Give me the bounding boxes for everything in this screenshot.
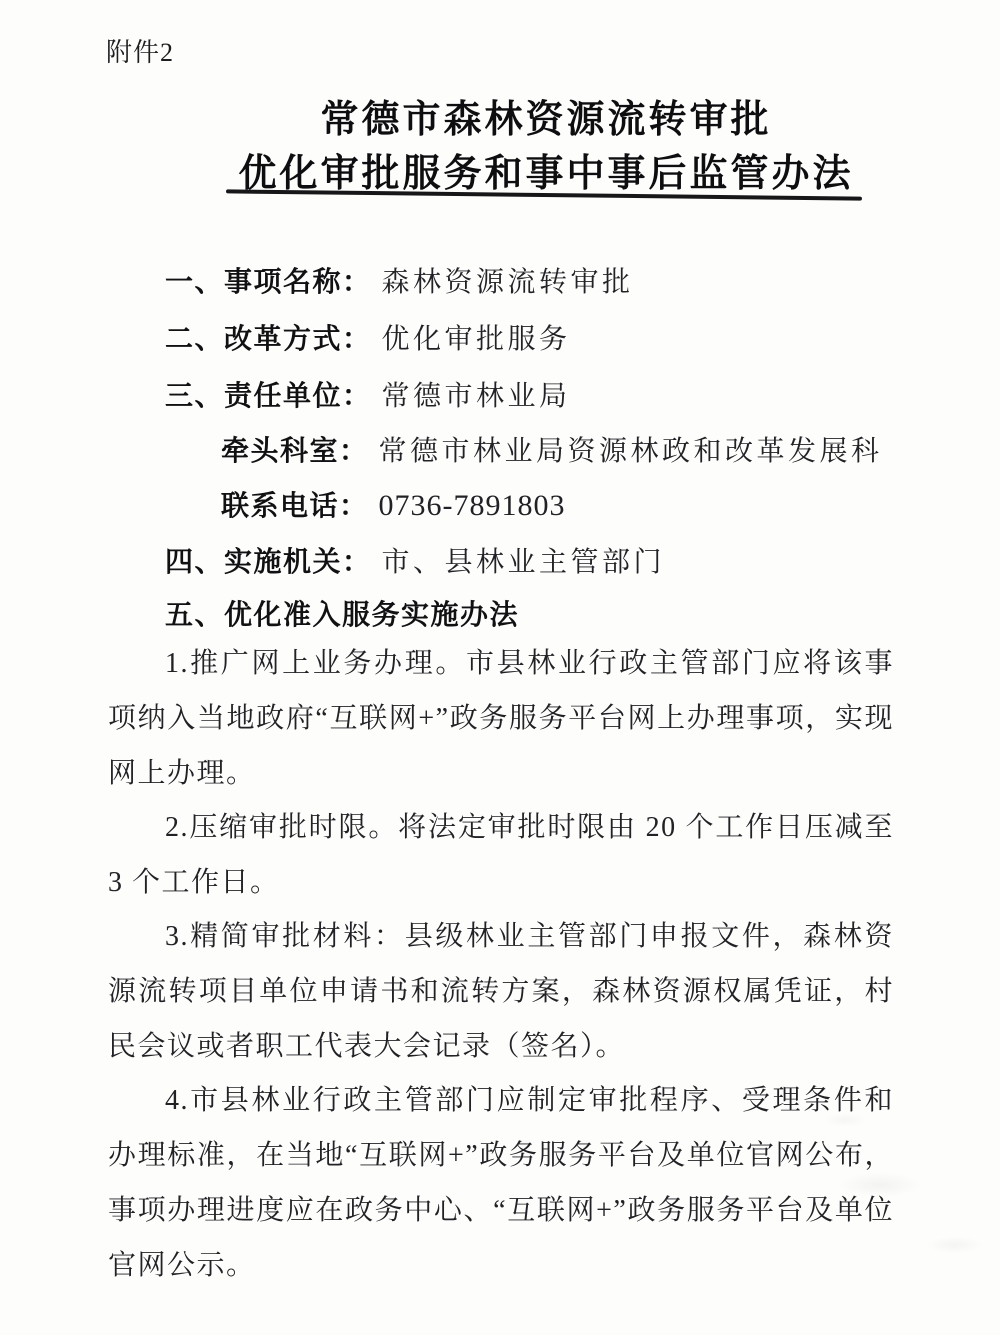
document-title-line1: 常德市森林资源流转审批 <box>96 88 996 143</box>
field-item-name-value: 森林资源流转审批 <box>382 267 634 298</box>
field-lead-office-value: 常德市林业局资源林政和改革发展科 <box>379 436 883 467</box>
field-lead-office-label: 牵头科室： <box>221 435 369 466</box>
field-item-name-label: 一、事项名称： <box>165 266 372 297</box>
field-reform-type-label: 二、改革方式： <box>165 323 372 354</box>
field-reform-type: 二、改革方式：优化审批服务 <box>165 317 571 357</box>
document-page: 附件2 常德市森林资源流转审批 优化审批服务和事中事后监管办法 一、事项名称：森… <box>0 0 1000 1335</box>
field-item-name: 一、事项名称：森林资源流转审批 <box>165 260 634 300</box>
field-responsible-unit-label: 三、责任单位： <box>165 380 372 411</box>
paragraph-online-handling: 1.推广网上业务办理。市县林业行政主管部门应将该事项纳入当地政府“互联网+”政务… <box>108 636 894 801</box>
field-contact-phone: 联系电话：0736-7891803 <box>221 484 566 524</box>
paragraph-time-limit: 2.压缩审批时限。将法定审批时限由 20 个工作日压减至 3 个工作日。 <box>108 800 894 910</box>
field-responsible-unit: 三、责任单位：常德市林业局 <box>165 374 571 414</box>
field-lead-office: 牵头科室：常德市林业局资源林政和改革发展科 <box>221 429 883 469</box>
field-reform-type-value: 优化审批服务 <box>382 324 571 355</box>
paragraph-materials: 3.精简审批材料：县级林业主管部门申报文件，森林资源流转项目单位申请书和流转方案… <box>108 909 894 1074</box>
field-contact-phone-label: 联系电话： <box>221 490 369 521</box>
field-implementing-agency: 四、实施机关：市、县林业主管部门 <box>165 540 665 580</box>
section-heading-five-label: 五、优化准入服务实施办法 <box>165 599 519 630</box>
field-contact-phone-value: 0736-7891803 <box>379 489 566 522</box>
section-heading-five: 五、优化准入服务实施办法 <box>165 593 519 633</box>
field-implementing-agency-value: 市、县林业主管部门 <box>382 547 666 578</box>
field-implementing-agency-label: 四、实施机关： <box>165 546 372 577</box>
paragraph-procedures: 4.市县林业行政主管部门应制定审批程序、受理条件和办理标准，在当地“互联网+”政… <box>108 1073 894 1293</box>
attachment-label: 附件2 <box>106 32 174 69</box>
field-responsible-unit-value: 常德市林业局 <box>382 381 571 412</box>
